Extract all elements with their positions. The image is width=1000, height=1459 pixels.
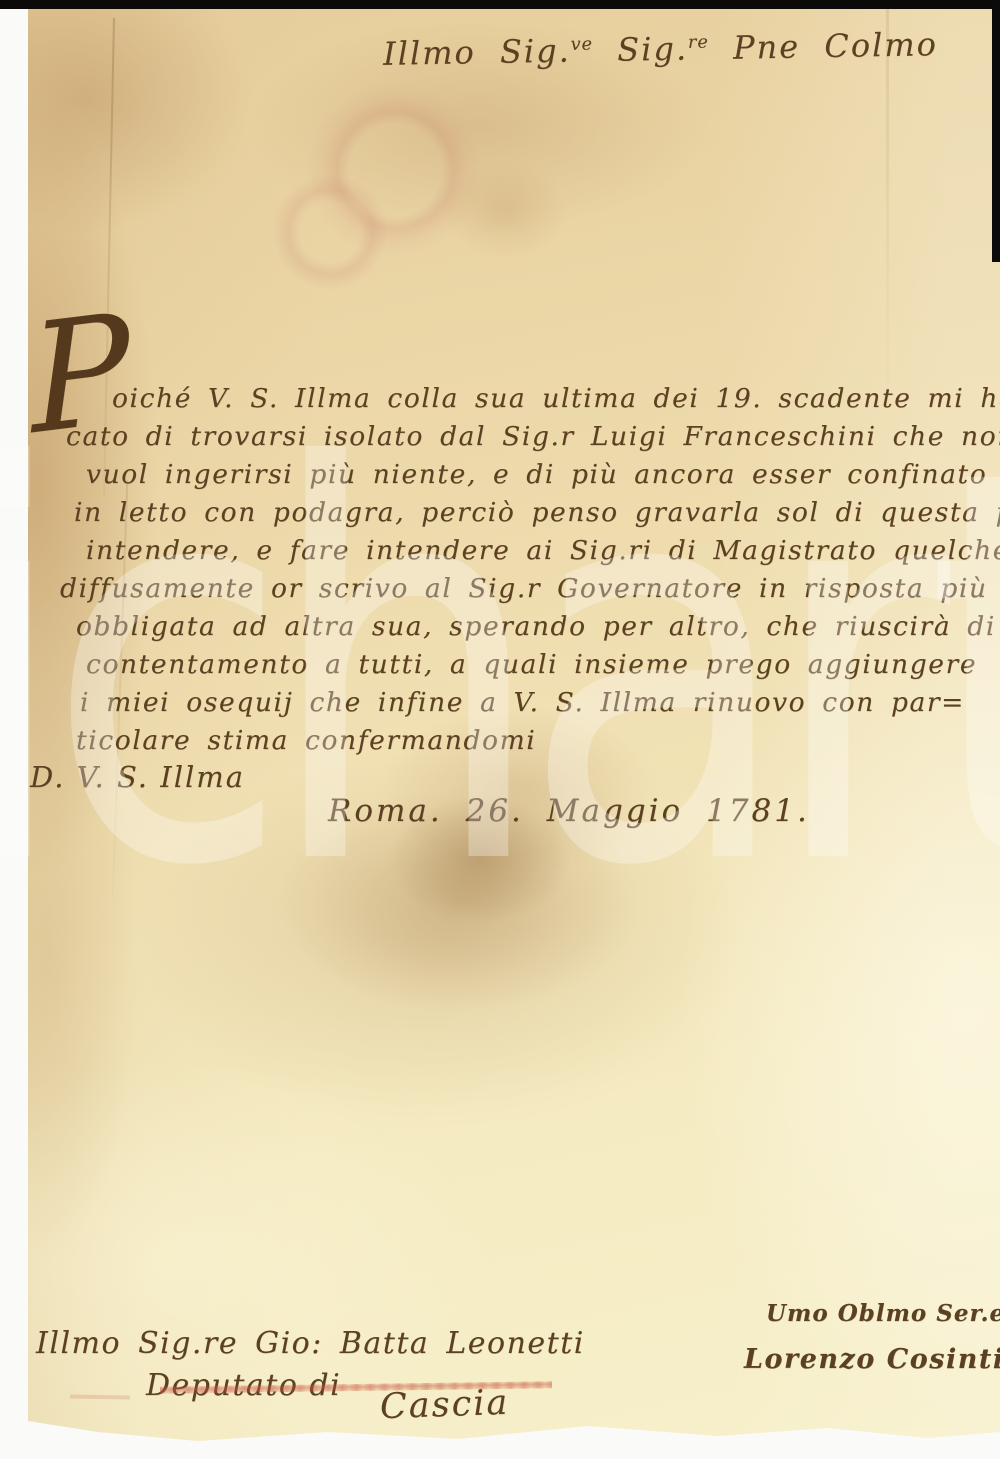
body-line: ticolare stima confermandomi [76, 725, 536, 756]
signature-title: Umo Oblmo Ser.e [766, 1300, 1000, 1327]
scan-edge-top [0, 0, 1000, 9]
scanned-letter: Illmo Sig.ve Sig.re Pne Colmo P oiché V.… [0, 0, 1000, 1459]
body-line: vuol ingerirsi più niente, e di più anco… [86, 459, 987, 490]
salutation-text: Pne Colmo [709, 25, 939, 67]
body-line: intendere, e fare intendere ai Sig.ri di… [86, 535, 1000, 566]
salutation-text: Sig. [593, 30, 689, 70]
body-line: oiché V. S. Illma colla sua ultima dei 1… [112, 383, 1000, 414]
body-line: i miei osequij che infine a V. S. Illma … [80, 687, 965, 718]
body-line: diffusamente or scrivo al Sig.r Governat… [60, 573, 988, 604]
dateline: Roma. 26. Maggio 1781. [328, 793, 810, 829]
body-line: in letto con podagra, perciò penso grava… [74, 497, 1000, 528]
address-recipient: Illmo Sig.re Gio: Batta Leonetti [36, 1326, 585, 1361]
valediction: D. V. S. Illma [30, 760, 245, 794]
body-line: obbligata ad altra sua, sperando per alt… [76, 611, 996, 642]
salutation-text: Illmo Sig. [383, 32, 571, 73]
body-line: contentamento a tutti, a quali insieme p… [86, 649, 977, 680]
signature-name: Lorenzo Cosinti [744, 1344, 1000, 1375]
salutation-superscript: ve [570, 35, 593, 55]
body-line: cato di trovarsi isolato dal Sig.r Luigi… [66, 421, 1000, 452]
salutation-superscript: re [688, 33, 709, 53]
scan-edge-right [992, 0, 1000, 262]
paper-crease [886, 9, 889, 429]
